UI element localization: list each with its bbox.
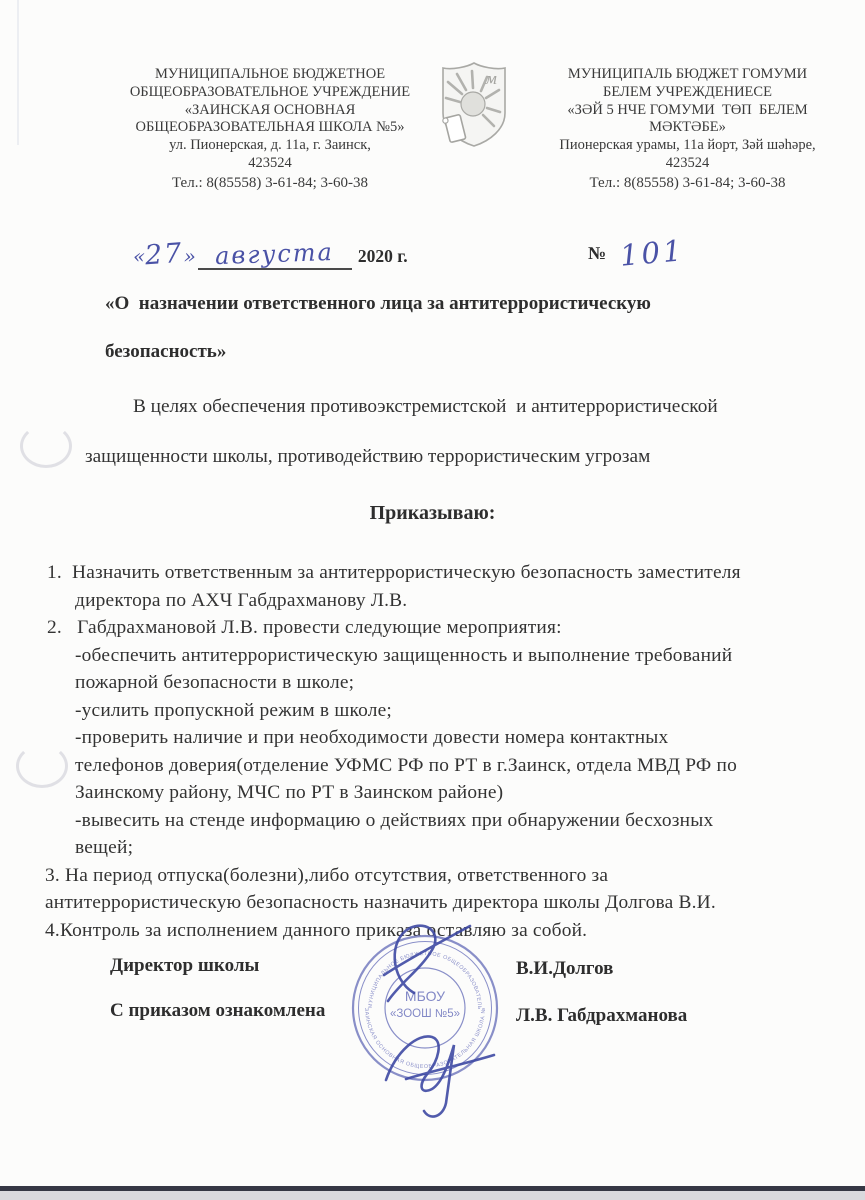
org-name-tatar-block: МУНИЦИПАЛЬ БЮДЖЕТ ГОМУМИ БЕЛЕМ УЧРЕЖДЕНИ… [515,66,860,193]
order-item: 1. Назначить ответственным за антитеррор… [47,559,835,587]
scan-bottom-margin [0,1191,865,1200]
hole-punch-mark [20,424,72,468]
number-sign: № [588,243,606,270]
handwritten-order-number: 101 [619,233,686,272]
org-phone: Тел.: 8(85558) 3-61-84; 3-60-38 [95,175,445,193]
sun-icon [461,92,485,116]
stamp-ring-text-top: МУНИЦИПАЛЬНОЕ БЮДЖЕТНОЕ ОБЩЕОБРАЗОВАТЕЛЬ… [318,893,482,1010]
org-name-russian-block: МУНИЦИПАЛЬНОЕ БЮДЖЕТНОЕ ОБЩЕОБРАЗОВАТЕЛЬ… [95,66,445,193]
org-postcode: 423524 [95,155,445,173]
month-underline: августа [198,240,352,270]
order-title-line: безопасность» [105,341,805,389]
handwritten-day: 27 [144,238,184,272]
stamp-center-line2: «ЗООШ №5» [390,1008,460,1020]
org-address-line: Пионерская урамы, 11а йорт, Зәй шәһәре, [515,137,860,155]
close-quote: » [184,244,196,268]
order-subitem-continuation: пожарной безопасности в школе; [75,669,835,697]
order-title: «О назначении ответственного лица за ант… [105,293,805,389]
order-verb: Приказываю: [45,502,820,525]
order-subitem: -вывесить на стенде информацию о действи… [75,807,835,835]
scanned-order-document: МУНИЦИПАЛЬНОЕ БЮДЖЕТНОЕ ОБЩЕОБРАЗОВАТЕЛЬ… [0,0,865,1200]
org-line: БЕЛЕМ УЧРЕЖДЕНИЕСЕ [515,84,860,102]
org-line: МУНИЦИПАЛЬ БЮДЖЕТ ГОМУМИ [515,66,860,84]
org-line: ОБЩЕОБРАЗОВАТЕЛЬНОЕ УЧРЕЖДЕНИЕ [95,84,445,102]
order-item: 3. На период отпуска(болезни),либо отсут… [45,862,835,890]
scan-edge-line [17,0,19,145]
org-address-line: ул. Пионерская, д. 11а, г. Заинск, [95,137,445,155]
order-subitem: -проверить наличие и при необходимости д… [75,724,835,752]
order-subitem-continuation: телефонов доверия(отделение УФМС РФ по Р… [75,752,835,780]
org-line: ОБЩЕОБРАЗОВАТЕЛЬНАЯ ШКОЛА №5» [95,119,445,137]
preamble-line: В целях обеспечения противоэкстремистско… [45,396,825,446]
order-item-continuation: директора по АХЧ Габдрахманову Л.В. [75,587,835,615]
open-quote: « [133,244,145,268]
order-subitem: -обеспечить антитеррористическую защищен… [75,642,835,670]
year-text: 2020 г. [358,246,408,270]
handwritten-month: августа [215,238,335,270]
stamp-and-signatures: МУНИЦИПАЛЬНОЕ БЮДЖЕТНОЕ ОБЩЕОБРАЗОВАТЕЛЬ… [318,893,560,1125]
org-line: «ЗӘЙ 5 НЧЕ ГОМУМИ ТӨП БЕЛЕМ [515,102,860,120]
org-line: МУНИЦИПАЛЬНОЕ БЮДЖЕТНОЕ [95,66,445,84]
org-line: МӘКТӘБЕ» [515,119,860,137]
crest-letter: м [485,70,497,88]
order-subitem-continuation: Заинскому району, МЧС по РТ в Заинском р… [75,779,835,807]
org-line: «ЗАИНСКАЯ ОСНОВНАЯ [95,102,445,120]
order-subitem-continuation: вещей; [75,834,835,862]
org-phone: Тел.: 8(85558) 3-61-84; 3-60-38 [515,175,860,193]
order-item: 2. Габдрахмановой Л.В. провести следующи… [47,614,835,642]
date-line: « 27 » августа 2020 г. [133,222,408,270]
order-subitem: -усилить пропускной режим в школе; [75,697,835,725]
school-crest-logo: м [436,60,512,150]
order-number-line: № 101 [588,222,684,270]
order-body: 1. Назначить ответственным за антитеррор… [45,559,835,944]
order-title-line: «О назначении ответственного лица за ант… [105,293,805,341]
preamble: В целях обеспечения противоэкстремистско… [45,396,825,496]
org-postcode: 423524 [515,155,860,173]
hole-punch-mark [16,744,68,788]
director-label: Директор школы [110,955,259,977]
acknowledged-label: С приказом ознакомлена [110,1000,325,1022]
preamble-line: защищенности школы, противодействию терр… [45,446,825,496]
